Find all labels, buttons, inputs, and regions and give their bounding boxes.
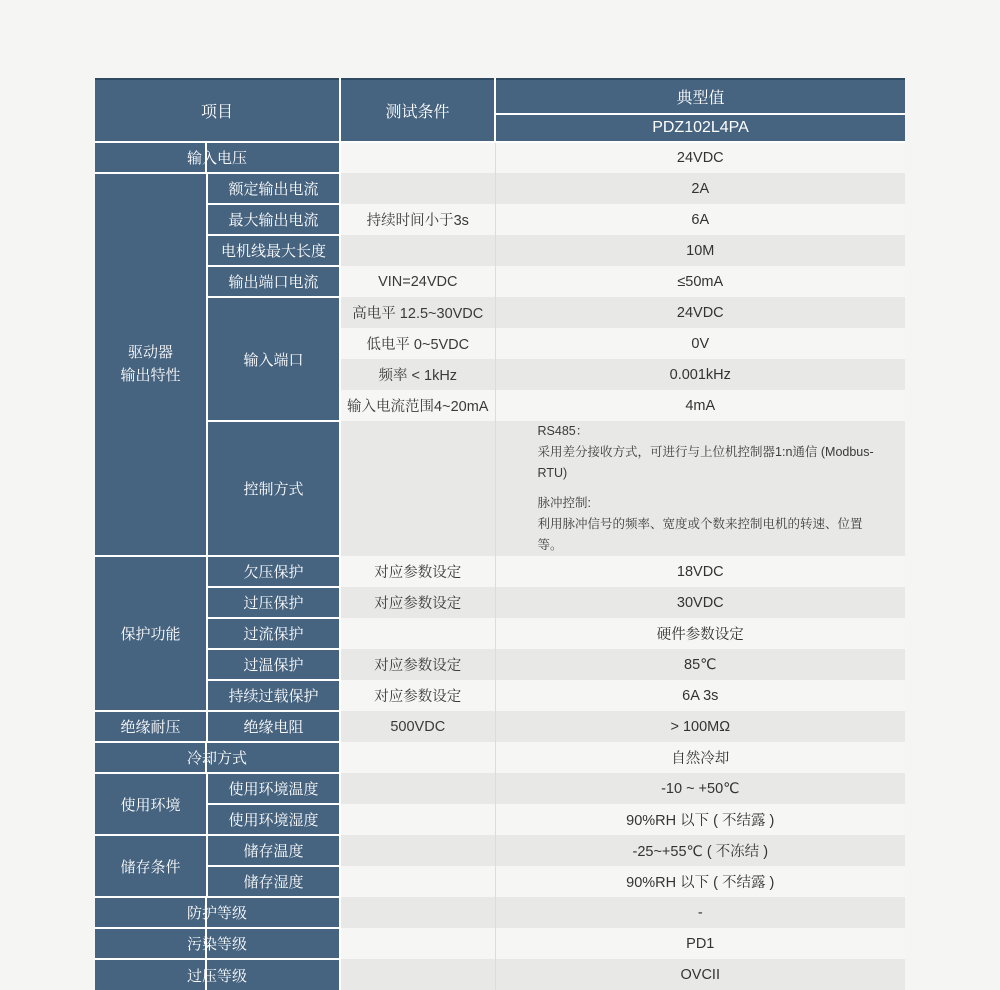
value-insulation: > 100MΩ: [495, 711, 905, 742]
group-insulation: 绝缘耐压: [95, 711, 207, 742]
control-pulse-title: 脉冲控制:: [538, 493, 888, 514]
cond-ambient-humidity: [340, 804, 495, 835]
control-pulse-desc: 利用脉冲信号的频率、宽度或个数来控制电机的转速、位置等。: [538, 514, 888, 556]
row-storage-temp: 储存条件 储存温度 -25~+55℃ ( 不冻结 ): [95, 835, 905, 866]
control-text-gap: [538, 484, 888, 493]
value-storage-humidity: 90%RH 以下 ( 不结露 ): [495, 866, 905, 897]
cond-motor-wire-max-length: [340, 235, 495, 266]
label-max-output-current: 最大输出电流: [207, 204, 340, 235]
control-rs485-desc: 采用差分接收方式，可进行与上位机控制器1:n通信 (Modbus-RTU): [538, 442, 888, 484]
value-overload-protection: 6A 3s: [495, 680, 905, 711]
cond-cooling: [340, 742, 495, 773]
group-driver-output: 驱动器 输出特性: [95, 173, 207, 556]
label-insulation-resistance: 绝缘电阻: [207, 711, 340, 742]
cond-overvoltage-category: [340, 959, 495, 990]
spec-sheet: 项目 测试条件 典型值 PDZ102L4PA 输入电压 24VDC 驱动器 输出…: [95, 78, 905, 990]
value-ambient-humidity: 90%RH 以下 ( 不结露 ): [495, 804, 905, 835]
control-rs485-title: RS485：: [538, 421, 888, 442]
cond-rated-output-current: [340, 173, 495, 204]
value-low-level: 0V: [495, 328, 905, 359]
value-frequency: 0.001kHz: [495, 359, 905, 390]
row-overvoltage-category: 过压等级 OVCII: [95, 959, 905, 990]
label-motor-wire-max-length: 电机线最大长度: [207, 235, 340, 266]
header-typical: 典型值: [495, 79, 905, 114]
label-storage-humidity: 储存湿度: [207, 866, 340, 897]
cond-overload-protection: 对应参数设定: [340, 680, 495, 711]
value-ip-rating: -: [495, 897, 905, 928]
cond-high-level: 高电平 12.5~30VDC: [340, 297, 495, 328]
value-input-current-range: 4mA: [495, 390, 905, 421]
value-overcurrent-protection: 硬件参数设定: [495, 618, 905, 649]
row-insulation: 绝缘耐压 绝缘电阻 500VDC > 100MΩ: [95, 711, 905, 742]
value-rated-output-current: 2A: [495, 173, 905, 204]
value-pollution-degree: PD1: [495, 928, 905, 959]
cond-max-output-current: 持续时间小于3s: [340, 204, 495, 235]
row-ip-rating: 防护等级 -: [95, 897, 905, 928]
label-input-voltage: 输入电压: [95, 142, 340, 173]
value-storage-temp: -25~+55℃ ( 不冻结 ): [495, 835, 905, 866]
cond-output-port-current: VIN=24VDC: [340, 266, 495, 297]
label-rated-output-current: 额定输出电流: [207, 173, 340, 204]
cond-control-method: [340, 421, 495, 556]
label-ambient-humidity: 使用环境湿度: [207, 804, 340, 835]
group-environment: 使用环境: [95, 773, 207, 835]
header-model: PDZ102L4PA: [495, 114, 905, 142]
label-storage-temp: 储存温度: [207, 835, 340, 866]
cond-storage-humidity: [340, 866, 495, 897]
row-output-port-current: 输出端口电流 VIN=24VDC ≤50mA: [95, 266, 905, 297]
cond-input-current-range: 输入电流范围4~20mA: [340, 390, 495, 421]
label-output-port-current: 输出端口电流: [207, 266, 340, 297]
cond-undervoltage-protection: 对应参数设定: [340, 556, 495, 587]
row-ambient-humidity: 使用环境湿度 90%RH 以下 ( 不结露 ): [95, 804, 905, 835]
row-overvoltage-protection: 过压保护 对应参数设定 30VDC: [95, 587, 905, 618]
value-overtemp-protection: 85℃: [495, 649, 905, 680]
header-row-1: 项目 测试条件 典型值: [95, 79, 905, 114]
value-high-level: 24VDC: [495, 297, 905, 328]
row-ambient-temp: 使用环境 使用环境温度 -10 ~ +50℃: [95, 773, 905, 804]
header-item: 项目: [95, 79, 340, 142]
cond-frequency: 频率 < 1kHz: [340, 359, 495, 390]
row-overcurrent-protection: 过流保护 硬件参数设定: [95, 618, 905, 649]
group-protection: 保护功能: [95, 556, 207, 711]
cond-overcurrent-protection: [340, 618, 495, 649]
value-output-port-current: ≤50mA: [495, 266, 905, 297]
group-input-port: 输入端口: [207, 297, 340, 421]
cond-insulation: 500VDC: [340, 711, 495, 742]
row-pollution-degree: 污染等级 PD1: [95, 928, 905, 959]
label-overload-protection: 持续过载保护: [207, 680, 340, 711]
row-control-method: 控制方式 RS485： 采用差分接收方式，可进行与上位机控制器1:n通信 (Mo…: [95, 421, 905, 556]
cond-ip-rating: [340, 897, 495, 928]
row-storage-humidity: 储存湿度 90%RH 以下 ( 不结露 ): [95, 866, 905, 897]
label-overcurrent-protection: 过流保护: [207, 618, 340, 649]
row-overtemp-protection: 过温保护 对应参数设定 85℃: [95, 649, 905, 680]
label-overvoltage-category: 过压等级: [95, 959, 340, 990]
header-condition: 测试条件: [340, 79, 495, 142]
value-motor-wire-max-length: 10M: [495, 235, 905, 266]
row-undervoltage-protection: 保护功能 欠压保护 对应参数设定 18VDC: [95, 556, 905, 587]
value-control-method: RS485： 采用差分接收方式，可进行与上位机控制器1:n通信 (Modbus-…: [495, 421, 905, 556]
value-overvoltage-category: OVCII: [495, 959, 905, 990]
value-overvoltage-protection: 30VDC: [495, 587, 905, 618]
cond-pollution-degree: [340, 928, 495, 959]
value-ambient-temp: -10 ~ +50℃: [495, 773, 905, 804]
cond-low-level: 低电平 0~5VDC: [340, 328, 495, 359]
value-max-output-current: 6A: [495, 204, 905, 235]
label-ip-rating: 防护等级: [95, 897, 340, 928]
group-storage: 储存条件: [95, 835, 207, 897]
value-cooling: 自然冷却: [495, 742, 905, 773]
cond-input-voltage: [340, 142, 495, 173]
value-input-voltage: 24VDC: [495, 142, 905, 173]
value-undervoltage-protection: 18VDC: [495, 556, 905, 587]
label-ambient-temp: 使用环境温度: [207, 773, 340, 804]
row-cooling: 冷却方式 自然冷却: [95, 742, 905, 773]
cond-storage-temp: [340, 835, 495, 866]
row-max-output-current: 最大输出电流 持续时间小于3s 6A: [95, 204, 905, 235]
label-undervoltage-protection: 欠压保护: [207, 556, 340, 587]
cond-overtemp-protection: 对应参数设定: [340, 649, 495, 680]
cond-ambient-temp: [340, 773, 495, 804]
label-control-method: 控制方式: [207, 421, 340, 556]
label-pollution-degree: 污染等级: [95, 928, 340, 959]
control-method-text: RS485： 采用差分接收方式，可进行与上位机控制器1:n通信 (Modbus-…: [496, 421, 906, 556]
label-overtemp-protection: 过温保护: [207, 649, 340, 680]
row-overload-protection: 持续过载保护 对应参数设定 6A 3s: [95, 680, 905, 711]
cond-overvoltage-protection: 对应参数设定: [340, 587, 495, 618]
row-motor-wire-max-length: 电机线最大长度 10M: [95, 235, 905, 266]
row-high-level: 输入端口 高电平 12.5~30VDC 24VDC: [95, 297, 905, 328]
row-input-voltage: 输入电压 24VDC: [95, 142, 905, 173]
spec-table: 项目 测试条件 典型值 PDZ102L4PA 输入电压 24VDC 驱动器 输出…: [95, 78, 905, 990]
label-cooling: 冷却方式: [95, 742, 340, 773]
label-overvoltage-protection: 过压保护: [207, 587, 340, 618]
row-rated-output-current: 驱动器 输出特性 额定输出电流 2A: [95, 173, 905, 204]
